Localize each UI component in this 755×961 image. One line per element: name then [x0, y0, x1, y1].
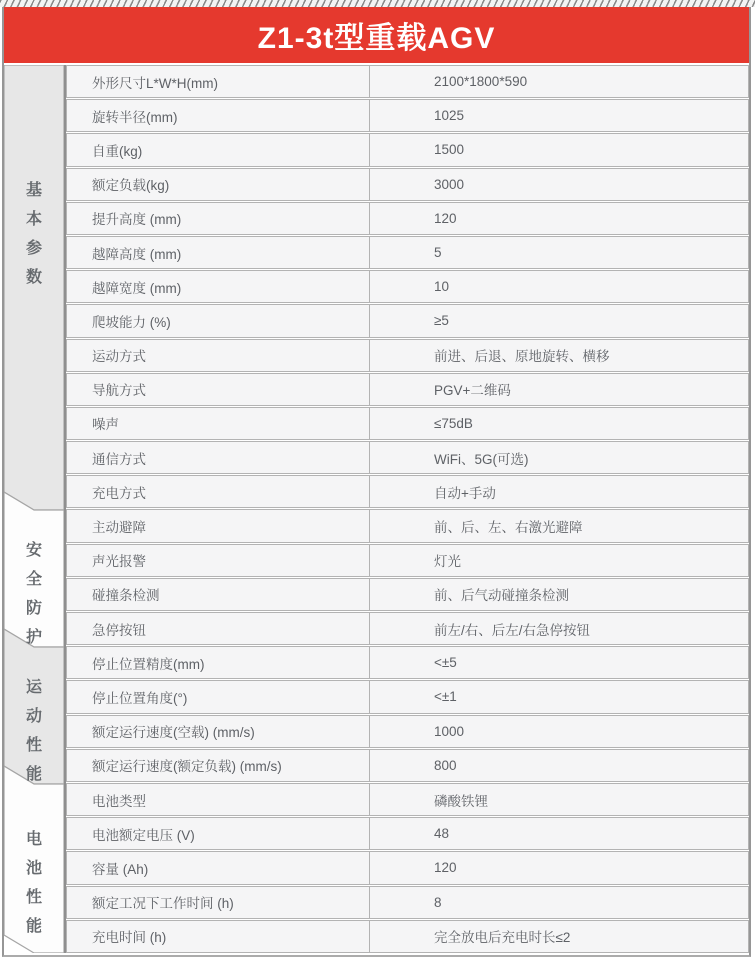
spec-row: 提升高度 (mm)120: [66, 202, 749, 235]
param-name-cell: 充电方式: [67, 476, 370, 507]
param-name-cell: 提升高度 (mm): [67, 203, 370, 234]
spec-row: 额定负载(kg)3000: [66, 168, 749, 201]
param-value-cell: 5: [370, 237, 748, 268]
param-name-cell: 额定运行速度(额定负载) (mm/s): [67, 750, 370, 781]
spec-row: 自重(kg)1500: [66, 133, 749, 166]
page-title: Z1-3t型重载AGV: [258, 13, 496, 57]
sidebar-label-char: 本: [26, 206, 42, 229]
param-value-cell: 完全放电后充电时长≤2: [370, 921, 748, 952]
param-value-cell: 前左/右、后左/右急停按钮: [370, 613, 748, 644]
param-name-cell: 停止位置精度(mm): [67, 647, 370, 678]
spec-row: 碰撞条检测前、后气动碰撞条检测: [66, 578, 749, 611]
param-name-cell: 电池类型: [67, 784, 370, 815]
sidebar-label-char: 池: [26, 855, 42, 878]
param-name-cell: 外形尺寸L*W*H(mm): [67, 66, 370, 97]
param-value-cell: 120: [370, 852, 748, 883]
sidebar-section-label: 安全防护: [4, 537, 64, 647]
param-value-cell: 磷酸铁锂: [370, 784, 748, 815]
spec-row: 声光报警灯光: [66, 544, 749, 577]
param-name-cell: 容量 (Ah): [67, 852, 370, 883]
param-value-cell: 2100*1800*590: [370, 66, 748, 97]
sidebar-label-char: 能: [26, 761, 42, 784]
sidebar-label-char: 全: [26, 566, 42, 589]
title-banner: Z1-3t型重载AGV: [4, 7, 749, 63]
param-name-cell: 噪声: [67, 408, 370, 439]
sidebar-label-char: 性: [26, 732, 42, 755]
param-name-cell: 越障宽度 (mm): [67, 271, 370, 302]
param-name-cell: 自重(kg): [67, 134, 370, 165]
sidebar-label-char: 运: [26, 674, 42, 697]
param-name-cell: 导航方式: [67, 374, 370, 405]
param-name-cell: 运动方式: [67, 340, 370, 371]
param-name-cell: 越障高度 (mm): [67, 237, 370, 268]
param-name-cell: 额定运行速度(空载) (mm/s): [67, 716, 370, 747]
param-value-cell: 前进、后退、原地旋转、横移: [370, 340, 748, 371]
spec-row: 急停按钮前左/右、后左/右急停按钮: [66, 612, 749, 645]
spec-row: 导航方式PGV+二维码: [66, 373, 749, 406]
param-name-cell: 额定负载(kg): [67, 169, 370, 200]
table-body: 基本参数安全防护运动性能电池性能 外形尺寸L*W*H(mm)2100*1800*…: [4, 65, 749, 953]
param-value-cell: 10: [370, 271, 748, 302]
param-name-cell: 碰撞条检测: [67, 579, 370, 610]
sidebar-label-char: 防: [26, 595, 42, 618]
param-name-cell: 急停按钮: [67, 613, 370, 644]
spec-row: 通信方式WiFi、5G(可选): [66, 441, 749, 474]
param-name-cell: 声光报警: [67, 545, 370, 576]
param-value-cell: 48: [370, 818, 748, 849]
spec-row: 容量 (Ah)120: [66, 851, 749, 884]
spec-row: 停止位置角度(°)<±1: [66, 680, 749, 713]
spec-row: 爬坡能力 (%)≥5: [66, 304, 749, 337]
param-name-cell: 通信方式: [67, 442, 370, 473]
spec-row: 额定工况下工作时间 (h)8: [66, 886, 749, 919]
spec-row: 越障高度 (mm)5: [66, 236, 749, 269]
sidebar-label-char: 护: [26, 624, 42, 647]
sidebar-label-char: 参: [26, 235, 42, 258]
sidebar-section-label: 基本参数: [4, 177, 64, 287]
spec-row: 充电方式自动+手动: [66, 475, 749, 508]
spec-row: 运动方式前进、后退、原地旋转、横移: [66, 339, 749, 372]
spec-rows: 外形尺寸L*W*H(mm)2100*1800*590旋转半径(mm)1025自重…: [66, 65, 749, 953]
param-name-cell: 充电时间 (h): [67, 921, 370, 952]
sidebar-label-char: 性: [26, 884, 42, 907]
param-value-cell: PGV+二维码: [370, 374, 748, 405]
table-frame: Z1-3t型重载AGV 基本参数安全防护运动性能电池性能 外形尺寸L*W*H(m…: [2, 7, 751, 957]
param-name-cell: 额定工况下工作时间 (h): [67, 887, 370, 918]
param-value-cell: 8: [370, 887, 748, 918]
spec-row: 旋转半径(mm)1025: [66, 99, 749, 132]
param-value-cell: 前、后、左、右激光避障: [370, 510, 748, 541]
sidebar-section-label: 运动性能: [4, 674, 64, 784]
spec-row: 电池额定电压 (V)48: [66, 817, 749, 850]
spec-row: 外形尺寸L*W*H(mm)2100*1800*590: [66, 65, 749, 98]
param-value-cell: <±5: [370, 647, 748, 678]
param-value-cell: 800: [370, 750, 748, 781]
spec-sheet-page: Z1-3t型重载AGV 基本参数安全防护运动性能电池性能 外形尺寸L*W*H(m…: [0, 0, 755, 961]
sidebar-section-label: 电池性能: [4, 826, 64, 936]
param-value-cell: 1000: [370, 716, 748, 747]
spec-row: 主动避障前、后、左、右激光避障: [66, 509, 749, 542]
sidebar-label-char: 能: [26, 913, 42, 936]
param-name-cell: 停止位置角度(°): [67, 681, 370, 712]
param-value-cell: 1500: [370, 134, 748, 165]
category-sidebar: 基本参数安全防护运动性能电池性能: [4, 65, 66, 953]
param-name-cell: 电池额定电压 (V): [67, 818, 370, 849]
spec-row: 噪声≤75dB: [66, 407, 749, 440]
sidebar-label-char: 动: [26, 703, 42, 726]
param-value-cell: 120: [370, 203, 748, 234]
param-name-cell: 旋转半径(mm): [67, 100, 370, 131]
param-value-cell: 自动+手动: [370, 476, 748, 507]
param-value-cell: ≥5: [370, 305, 748, 336]
param-value-cell: WiFi、5G(可选): [370, 442, 748, 473]
spec-row: 额定运行速度(空载) (mm/s)1000: [66, 715, 749, 748]
spec-row: 额定运行速度(额定负载) (mm/s)800: [66, 749, 749, 782]
spec-row: 充电时间 (h)完全放电后充电时长≤2: [66, 920, 749, 953]
param-value-cell: 灯光: [370, 545, 748, 576]
sidebar-label-char: 安: [26, 537, 42, 560]
param-value-cell: 3000: [370, 169, 748, 200]
spec-row: 电池类型磷酸铁锂: [66, 783, 749, 816]
param-value-cell: ≤75dB: [370, 408, 748, 439]
sidebar-label-char: 电: [26, 826, 42, 849]
sidebar-label-char: 数: [26, 264, 42, 287]
param-value-cell: <±1: [370, 681, 748, 712]
spec-row: 停止位置精度(mm)<±5: [66, 646, 749, 679]
param-name-cell: 爬坡能力 (%): [67, 305, 370, 336]
param-value-cell: 前、后气动碰撞条检测: [370, 579, 748, 610]
sidebar-label-char: 基: [26, 177, 42, 200]
param-name-cell: 主动避障: [67, 510, 370, 541]
param-value-cell: 1025: [370, 100, 748, 131]
perforation-strip: [0, 0, 755, 7]
spec-row: 越障宽度 (mm)10: [66, 270, 749, 303]
